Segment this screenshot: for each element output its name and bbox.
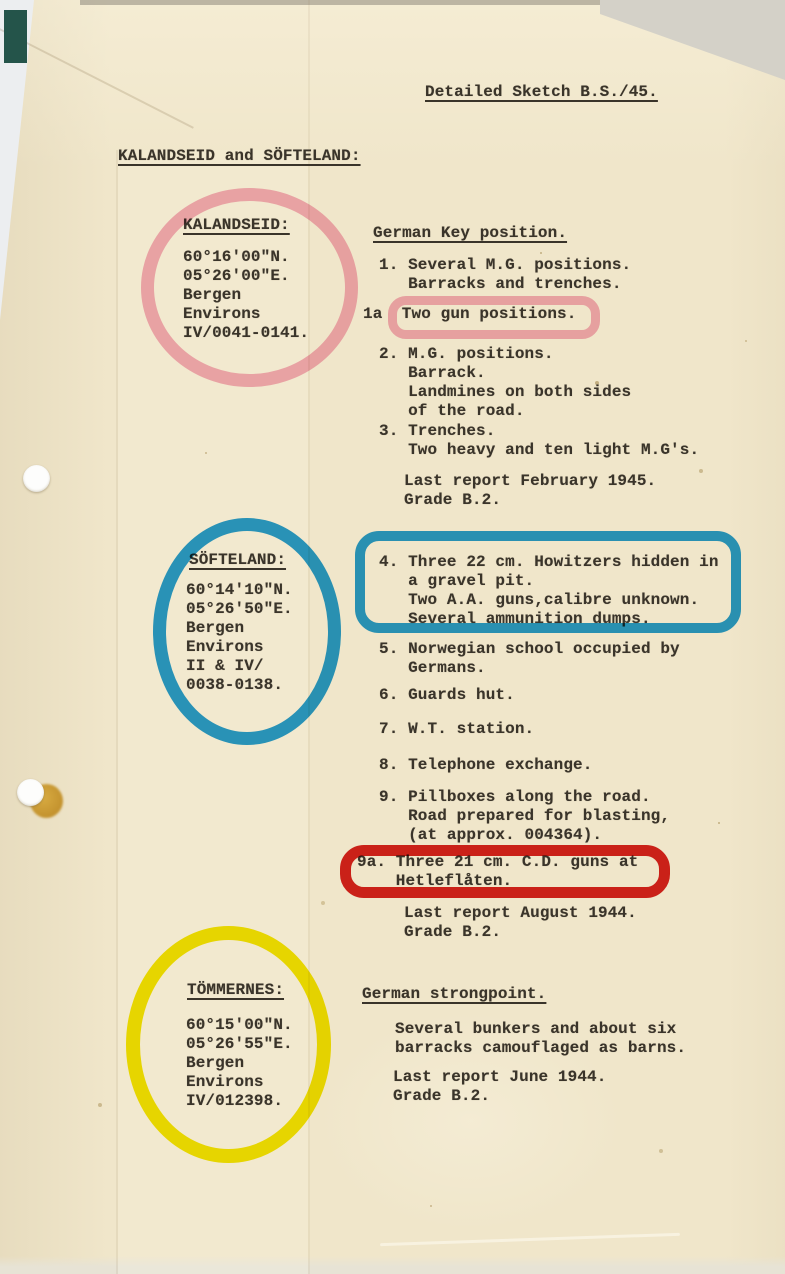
hole-punch-bottom (17, 779, 44, 806)
pink-box-annotation (388, 296, 600, 339)
red-box-annotation (340, 845, 670, 898)
main-heading: KALANDSEID and SÖFTELAND: (118, 147, 361, 166)
report-note-softeland: Last report August 1944. Grade B.2. (404, 904, 637, 942)
paper-specks (0, 0, 2, 2)
list-item-8: 8. Telephone exchange. (379, 756, 592, 775)
list-item-9: 9. Pillboxes along the road. Road prepar… (379, 788, 670, 845)
section-heading-strongpoint: German strongpoint. (362, 985, 546, 1004)
document-title: Detailed Sketch B.S./45. (425, 83, 658, 102)
list-item-6: 6. Guards hut. (379, 686, 515, 705)
corner-registration-mark (4, 10, 27, 63)
section-heading-key-position: German Key position. (373, 224, 567, 243)
strongpoint-body: Several bunkers and about six barracks c… (395, 1020, 686, 1058)
report-note-kalandseid: Last report February 1945. Grade B.2. (404, 472, 656, 510)
vertical-crease-left (116, 150, 118, 1274)
page-edge-top-right (600, 0, 785, 80)
blue-circle-annotation (153, 518, 341, 745)
report-note-tommernes: Last report June 1944. Grade B.2. (393, 1068, 606, 1106)
list-item-5: 5. Norwegian school occupied by Germans. (379, 640, 680, 678)
list-item-7: 7. W.T. station. (379, 720, 534, 739)
hole-punch-top (23, 465, 50, 492)
pink-circle-annotation (141, 188, 358, 387)
yellow-circle-annotation (126, 926, 331, 1163)
list-item-2: 2. M.G. positions. Barrack. Landmines on… (379, 345, 631, 421)
blue-box-annotation (355, 531, 741, 633)
scanned-document-page: Detailed Sketch B.S./45. KALANDSEID and … (0, 0, 785, 1274)
list-item-1: 1. Several M.G. positions. Barracks and … (379, 256, 631, 294)
bottom-fold-highlight (380, 1233, 680, 1246)
list-item-3: 3. Trenches. Two heavy and ten light M.G… (379, 422, 699, 460)
